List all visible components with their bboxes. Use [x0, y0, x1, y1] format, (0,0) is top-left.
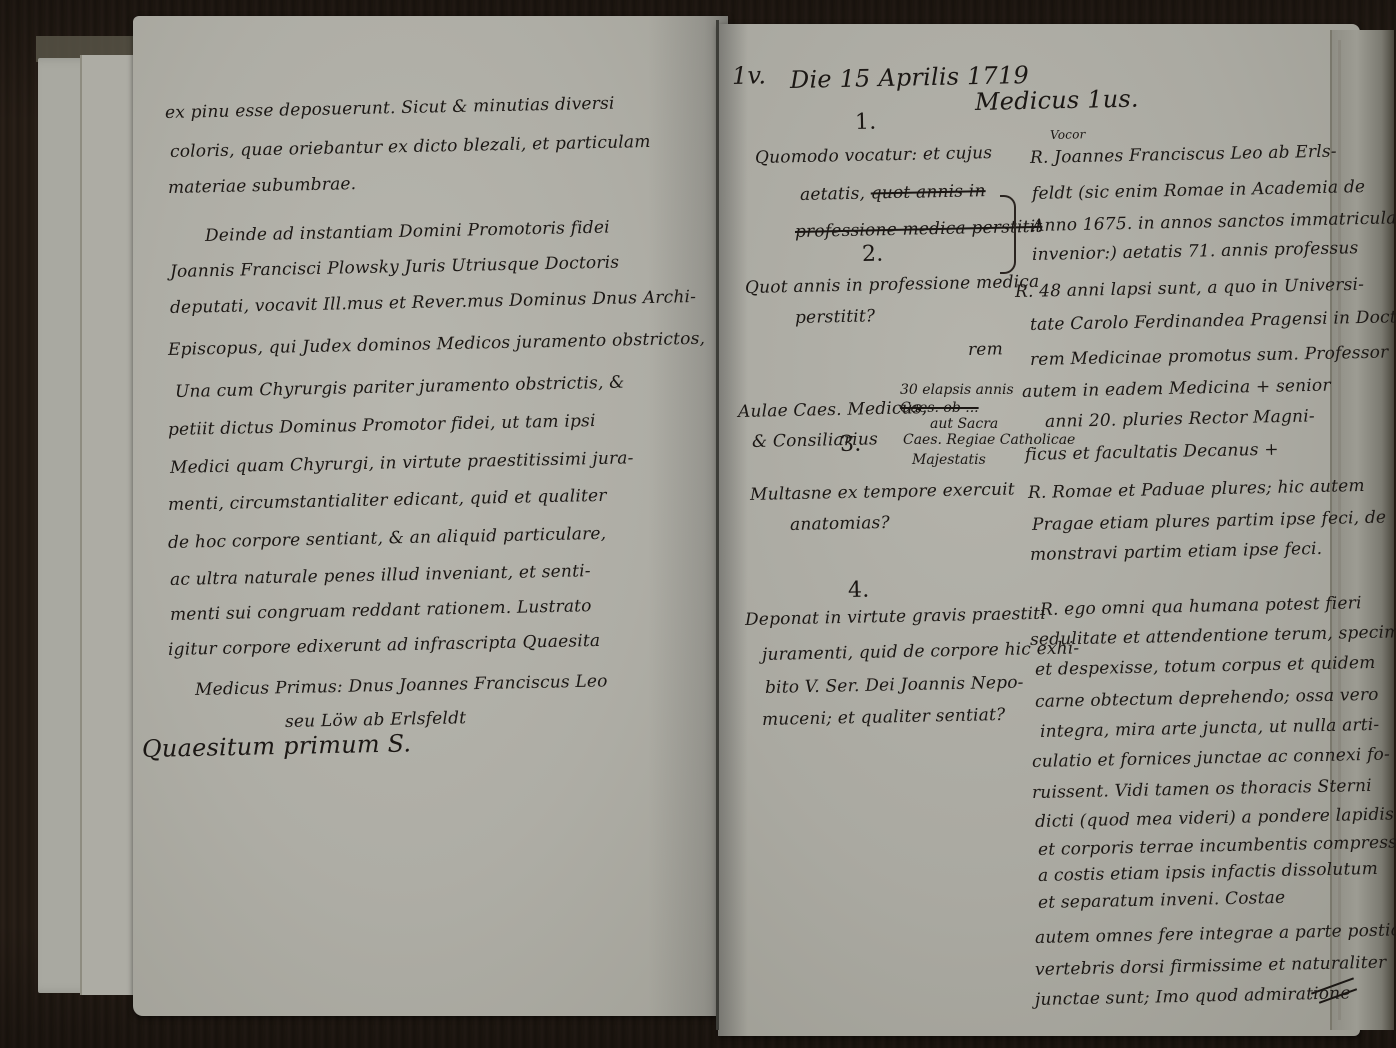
- question-line: anatomias?: [790, 513, 890, 535]
- marginal-note: aut Sacra: [930, 416, 998, 432]
- question-number: 4.: [848, 578, 870, 603]
- marginal-note: Majestatis: [912, 452, 986, 468]
- folio-number: 1v.: [732, 61, 767, 90]
- marginal-note: Caes. ob ...: [900, 400, 979, 416]
- question-line: perstitit?: [795, 306, 876, 328]
- marginal-note: 30 elapsis annis: [900, 382, 1014, 398]
- text-line: materiae subumbrae.: [168, 174, 357, 198]
- question-number: 1.: [855, 110, 877, 135]
- signature-line: seu Löw ab Erlsfeldt: [285, 708, 467, 732]
- question-number: 3.: [840, 432, 862, 457]
- margin-word: rem: [968, 339, 1003, 360]
- question-line: aetatis, quot annis in: [800, 181, 986, 205]
- left-page: [133, 16, 728, 1016]
- answer-insertion: Vocor: [1050, 127, 1086, 142]
- bracket-mark: [1000, 195, 1016, 274]
- section-title: Medicus 1us.: [975, 85, 1139, 116]
- book-gutter: [716, 20, 719, 1030]
- struck-text: quot annis in: [871, 181, 986, 203]
- quaesitum-heading: Quaesitum primum S.: [142, 729, 412, 763]
- question-number: 2.: [862, 242, 884, 267]
- question-text: aetatis,: [800, 184, 871, 205]
